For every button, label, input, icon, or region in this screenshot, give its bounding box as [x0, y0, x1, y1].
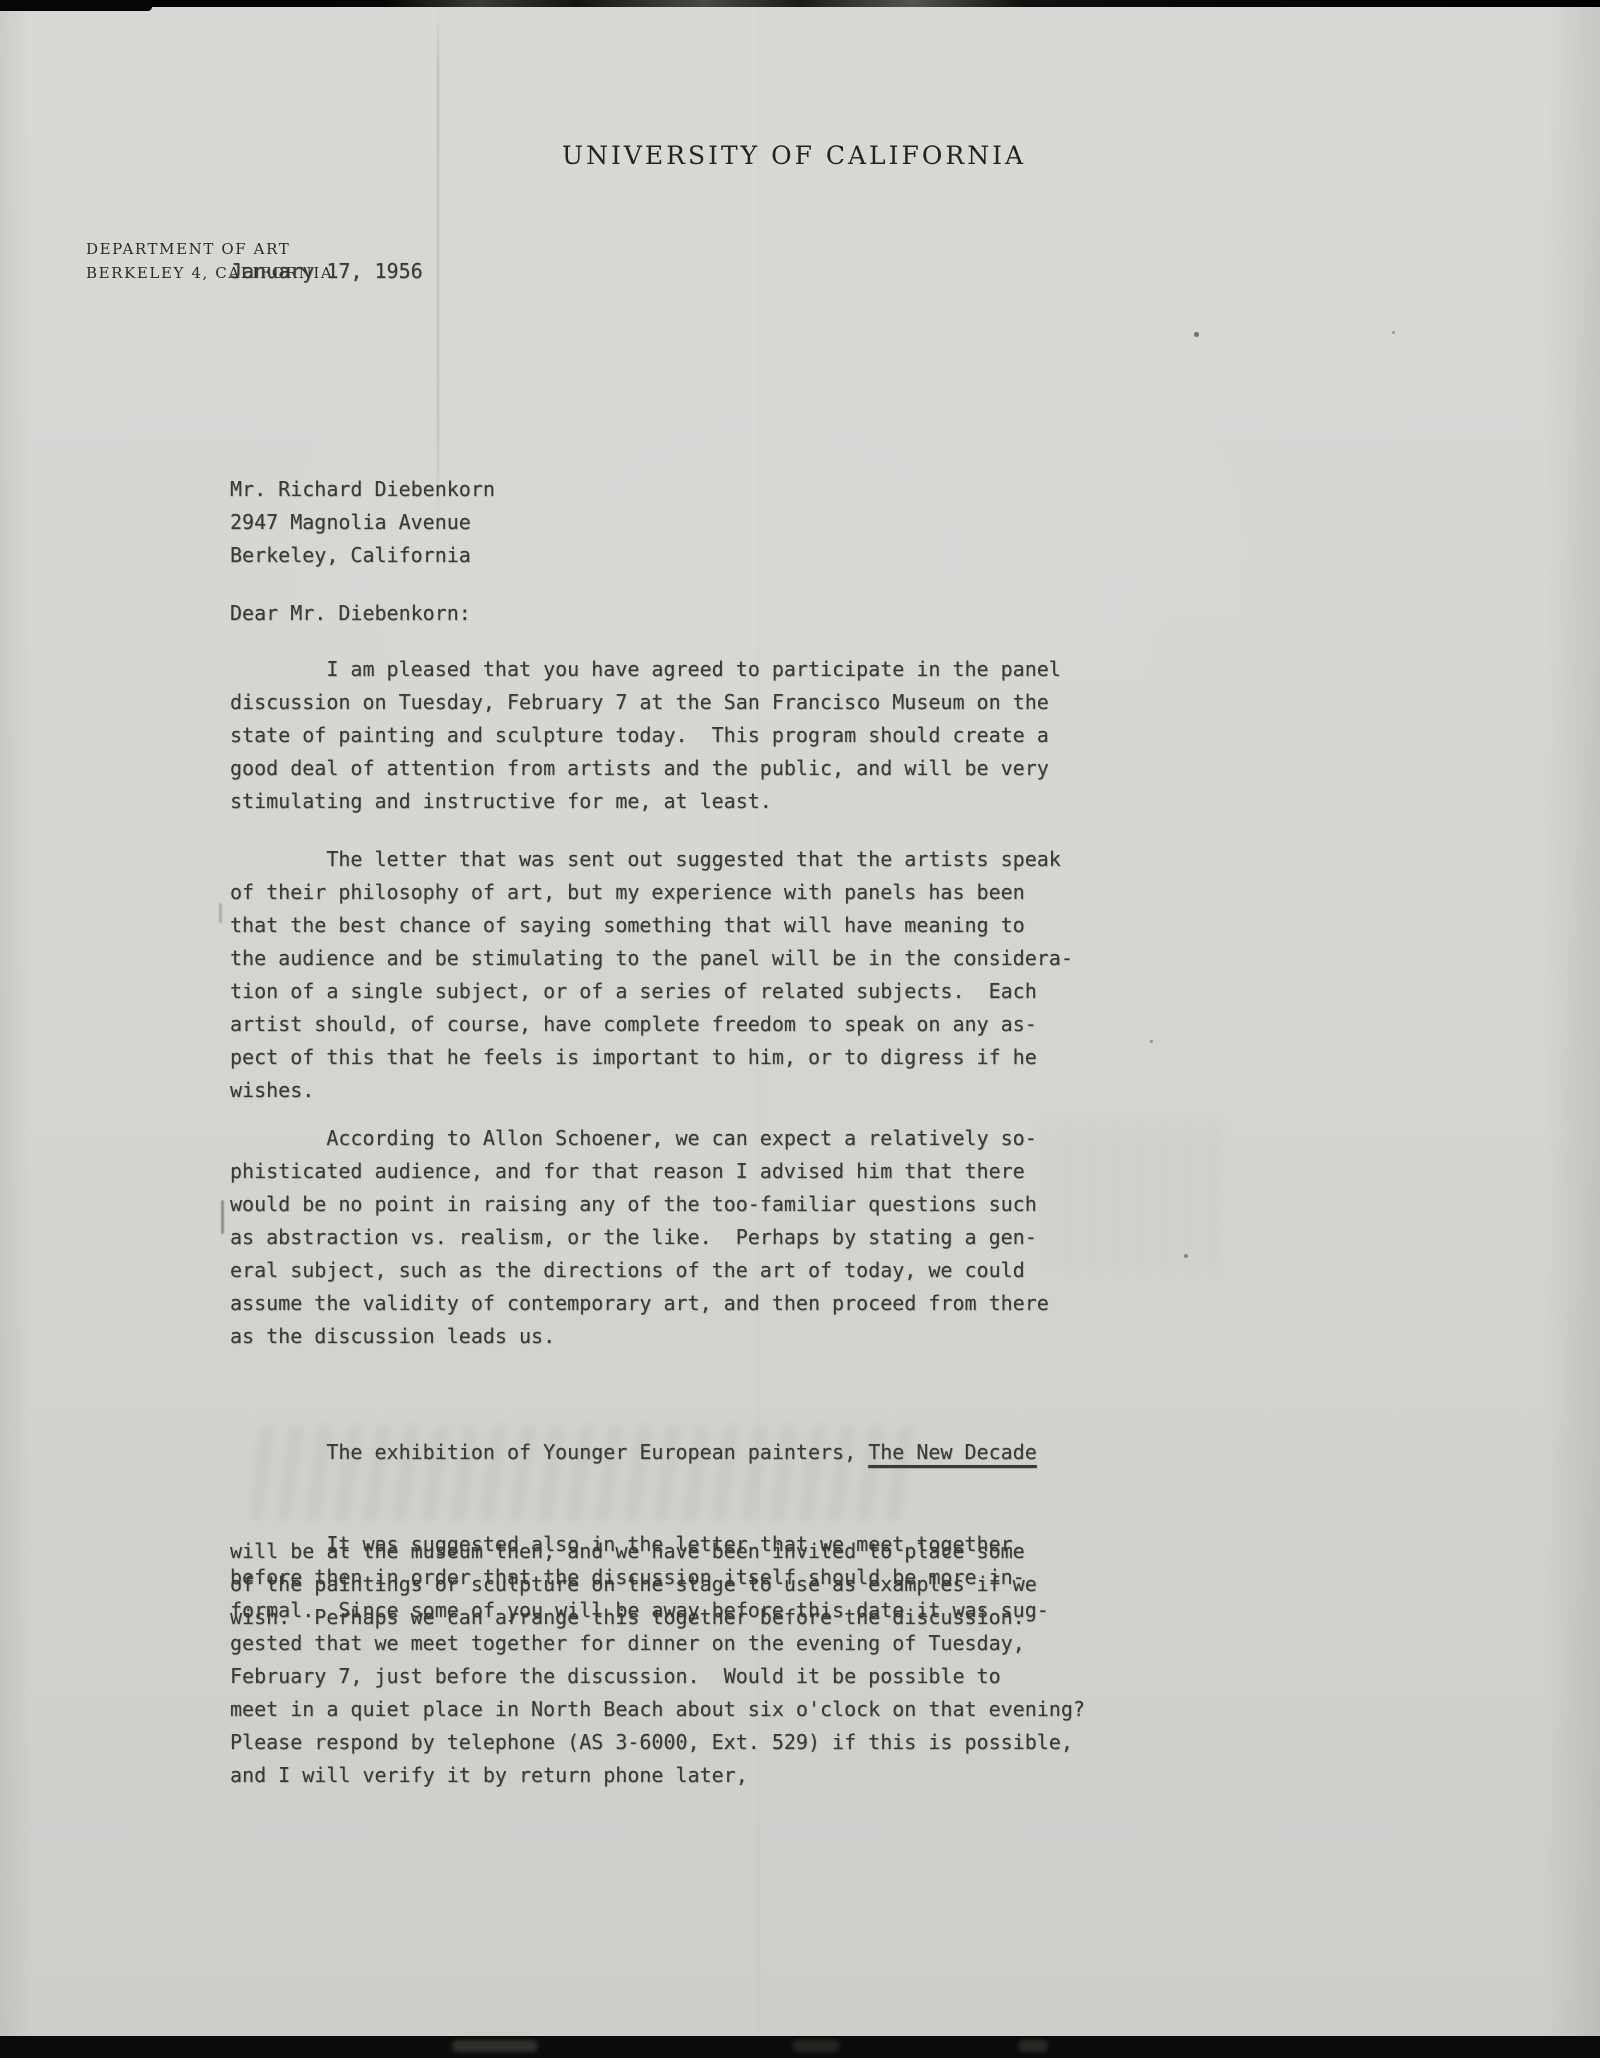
scanned-letter-page: UNIVERSITY OF CALIFORNIA DEPARTMENT OF A…: [0, 0, 1600, 2058]
salutation: Dear Mr. Diebenkorn:: [230, 597, 471, 630]
ink-speck-2: [1392, 331, 1395, 334]
ink-speck-3: [1150, 1040, 1153, 1043]
paragraph-3: According to Allon Schoener, we can expe…: [230, 1122, 1049, 1353]
ink-speck-dash-2: [219, 903, 222, 923]
recipient-address: Mr. Richard Diebenkorn 2947 Magnolia Ave…: [230, 473, 495, 572]
scan-smudge-3: [1018, 2040, 1048, 2052]
ink-speck-1: [1194, 332, 1199, 337]
letter-date: January 17, 1956: [230, 255, 423, 288]
paragraph-2: The letter that was sent out suggested t…: [230, 843, 1073, 1107]
paragraph-1: I am pleased that you have agreed to par…: [230, 653, 1061, 818]
scan-edge-top: [0, 0, 1600, 7]
ink-speck-4: [1184, 1254, 1188, 1258]
paper-crease-vertical-1: [437, 6, 439, 531]
letterhead-university-title: UNIVERSITY OF CALIFORNIA: [0, 141, 1588, 170]
exhibition-title-underlined: The New Decade: [868, 1440, 1037, 1464]
ink-speck-dash-1: [221, 1200, 224, 1234]
ghost-print-smudge-2: [1042, 1122, 1227, 1272]
paragraph-4-intro: The exhibition of Younger European paint…: [230, 1440, 868, 1464]
scan-edge-bottom: [0, 2036, 1600, 2058]
scan-smudge-2: [792, 2040, 840, 2052]
paragraph-4-first-line: The exhibition of Younger European paint…: [230, 1436, 1037, 1469]
paragraph-5: It was suggested also in the letter that…: [230, 1528, 1085, 1792]
scan-edge-top-left: [0, 0, 152, 11]
scan-smudge-1: [452, 2040, 538, 2052]
